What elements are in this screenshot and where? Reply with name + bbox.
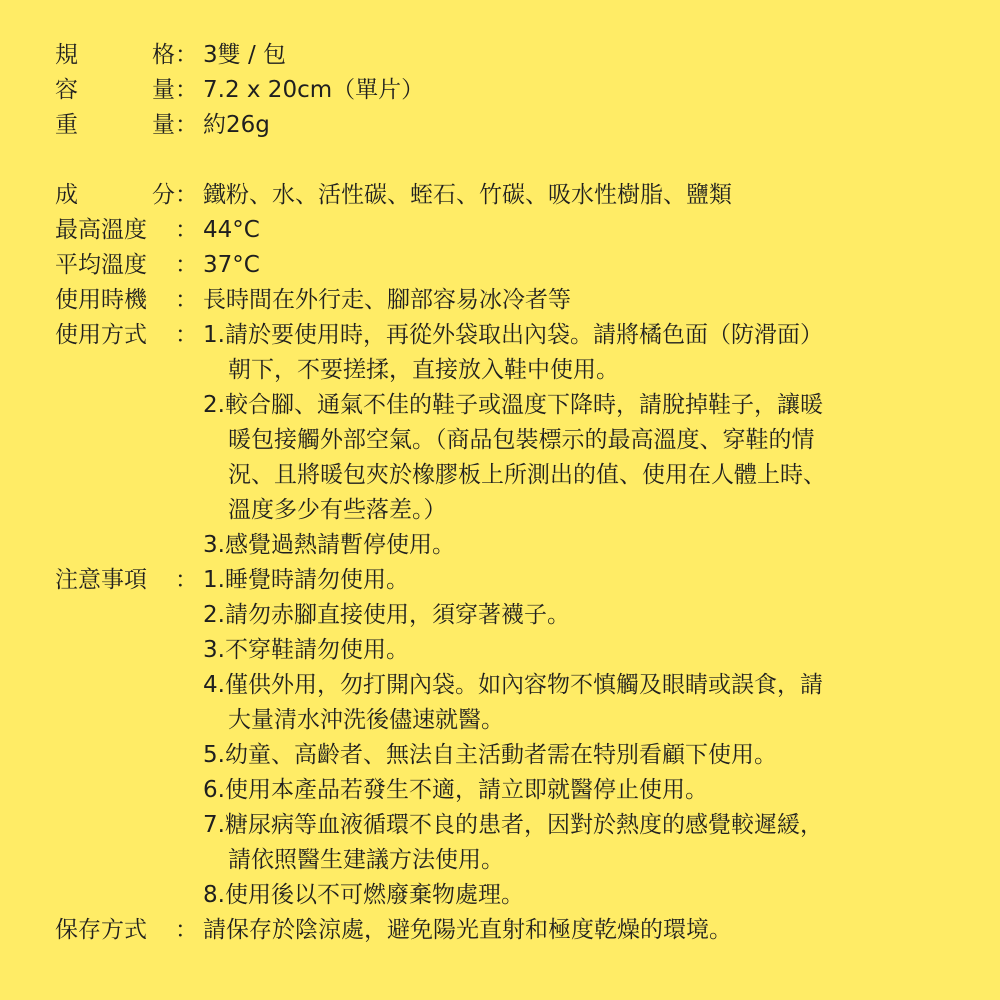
colon: ：	[175, 108, 203, 143]
label-text: 最高溫度	[55, 213, 147, 248]
item-text: 使用本產品若發生不適，請立即就醫停止使用。	[225, 777, 708, 803]
colon: ：	[175, 283, 203, 318]
colon: ：	[175, 913, 203, 948]
list-item-line: 5.幼童、高齡者、無法自主活動者需在特別看顧下使用。	[203, 738, 963, 773]
storage-label: 保存方式	[55, 913, 175, 948]
label-last-char: 格	[152, 38, 175, 73]
list-item-line: 1.請於要使用時，再從外袋取出內袋。請將橘色面（防滑面）	[203, 318, 963, 353]
label-text: 注意事項	[55, 563, 147, 598]
spec-value: 3雙 / 包	[203, 38, 963, 73]
spec-row-size: 規 格 ： 3雙 / 包	[0, 38, 1000, 73]
ingredients-label: 成 分	[55, 178, 175, 213]
colon: ：	[175, 318, 203, 353]
storage-row: 保存方式 ： 請保存於陰涼處，避免陽光直射和極度乾燥的環境。	[0, 913, 1000, 948]
precautions-list: 1.睡覺時請勿使用。 2.請勿赤腳直接使用，須穿著襪子。 3.不穿鞋請勿使用。 …	[203, 563, 963, 913]
list-item-line: 2.較合腳、通氣不佳的鞋子或溫度下降時，請脫掉鞋子，讓暖	[203, 388, 963, 423]
storage-value: 請保存於陰涼處，避免陽光直射和極度乾燥的環境。	[203, 913, 963, 948]
item-number: 4.	[203, 668, 225, 703]
label-last-char: 量	[152, 108, 175, 143]
usage-method-row: 使用方式 ： 1.請於要使用時，再從外袋取出內袋。請將橘色面（防滑面） 朝下，不…	[0, 318, 1000, 563]
ingredients-row: 成 分 ： 鐵粉、水、活性碳、蛭石、竹碳、吸水性樹脂、鹽類	[0, 178, 1000, 213]
colon: ：	[175, 213, 203, 248]
list-item: 4.僅供外用，勿打開內袋。如內容物不慎觸及眼睛或誤食，請 大量清水沖洗後儘速就醫…	[203, 668, 963, 738]
label-text: 使用時機	[55, 283, 147, 318]
list-item-line: 2.請勿赤腳直接使用，須穿著襪子。	[203, 598, 963, 633]
item-text: 糖尿病等血液循環不良的患者，因對於熱度的感覺較遲緩，	[225, 812, 823, 838]
list-item-line: 1.睡覺時請勿使用。	[203, 563, 963, 598]
usage-method-list: 1.請於要使用時，再從外袋取出內袋。請將橘色面（防滑面） 朝下，不要搓揉，直接放…	[203, 318, 963, 563]
spec-value: 7.2 x 20cm（單片）	[203, 73, 963, 108]
colon: ：	[175, 248, 203, 283]
label-first-char: 容	[55, 73, 78, 108]
max-temp-label: 最高溫度	[55, 213, 175, 248]
max-temp-row: 最高溫度 ： 44°C	[0, 213, 1000, 248]
list-item: 1.睡覺時請勿使用。	[203, 563, 963, 598]
item-text: 幼童、高齡者、無法自主活動者需在特別看顧下使用。	[225, 742, 777, 768]
avg-temp-value: 37°C	[203, 248, 963, 283]
item-text: 使用後以不可燃廢棄物處理。	[225, 882, 524, 908]
usage-timing-label: 使用時機	[55, 283, 175, 318]
spec-row-weight: 重 量 ： 約26g	[0, 108, 1000, 143]
item-number: 6.	[203, 773, 225, 808]
label-text: 平均溫度	[55, 248, 147, 283]
label-text: 使用方式	[55, 318, 147, 353]
item-number: 5.	[203, 738, 225, 773]
colon: ：	[175, 73, 203, 108]
item-continuation: 況、且將暖包夾於橡膠板上所測出的值、使用在人體上時、	[203, 458, 963, 493]
list-item: 2.請勿赤腳直接使用，須穿著襪子。	[203, 598, 963, 633]
list-item: 6.使用本產品若發生不適，請立即就醫停止使用。	[203, 773, 963, 808]
usage-method-label: 使用方式	[55, 318, 175, 353]
usage-timing-row: 使用時機 ： 長時間在外行走、腳部容易冰冷者等	[0, 283, 1000, 318]
avg-temp-row: 平均溫度 ： 37°C	[0, 248, 1000, 283]
item-number: 8.	[203, 878, 225, 913]
item-continuation: 請依照醫生建議方法使用。	[203, 843, 963, 878]
colon: ：	[175, 178, 203, 213]
item-number: 1.	[203, 318, 225, 353]
label-first-char: 規	[55, 38, 78, 73]
max-temp-value: 44°C	[203, 213, 963, 248]
item-text: 僅供外用，勿打開內袋。如內容物不慎觸及眼睛或誤食，請	[225, 672, 823, 698]
precautions-row: 注意事項 ： 1.睡覺時請勿使用。 2.請勿赤腳直接使用，須穿著襪子。 3.不穿…	[0, 563, 1000, 913]
spec-label: 重 量	[55, 108, 175, 143]
item-text: 請勿赤腳直接使用，須穿著襪子。	[225, 602, 570, 628]
item-text: 睡覺時請勿使用。	[225, 567, 409, 593]
label-first-char: 重	[55, 108, 78, 143]
list-item: 3.感覺過熱請暫停使用。	[203, 528, 963, 563]
list-item: 5.幼童、高齡者、無法自主活動者需在特別看顧下使用。	[203, 738, 963, 773]
colon: ：	[175, 38, 203, 73]
avg-temp-label: 平均溫度	[55, 248, 175, 283]
label-last-char: 量	[152, 73, 175, 108]
list-item: 2.較合腳、通氣不佳的鞋子或溫度下降時，請脫掉鞋子，讓暖 暖包接觸外部空氣。（商…	[203, 388, 963, 528]
item-text: 請於要使用時，再從外袋取出內袋。請將橘色面（防滑面）	[225, 322, 823, 348]
item-number: 3.	[203, 528, 225, 563]
list-item: 1.請於要使用時，再從外袋取出內袋。請將橘色面（防滑面） 朝下，不要搓揉，直接放…	[203, 318, 963, 388]
label-last-char: 分	[152, 178, 175, 213]
list-item: 3.不穿鞋請勿使用。	[203, 633, 963, 668]
list-item-line: 7.糖尿病等血液循環不良的患者，因對於熱度的感覺較遲緩，	[203, 808, 963, 843]
list-item-line: 3.不穿鞋請勿使用。	[203, 633, 963, 668]
item-number: 7.	[203, 808, 225, 843]
usage-timing-value: 長時間在外行走、腳部容易冰冷者等	[203, 283, 963, 318]
spec-row-capacity: 容 量 ： 7.2 x 20cm（單片）	[0, 73, 1000, 108]
colon: ：	[175, 563, 203, 598]
spec-label: 規 格	[55, 38, 175, 73]
ingredients-value: 鐵粉、水、活性碳、蛭石、竹碳、吸水性樹脂、鹽類	[203, 178, 963, 213]
item-number: 3.	[203, 633, 225, 668]
item-number: 2.	[203, 598, 225, 633]
item-number: 2.	[203, 388, 225, 423]
product-spec-sheet: 規 格 ： 3雙 / 包 容 量 ： 7.2 x 20cm（單片） 重 量 ： …	[0, 38, 1000, 948]
item-text: 感覺過熱請暫停使用。	[225, 532, 455, 558]
precautions-label: 注意事項	[55, 563, 175, 598]
item-number: 1.	[203, 563, 225, 598]
item-continuation: 大量清水沖洗後儘速就醫。	[203, 703, 963, 738]
item-text: 不穿鞋請勿使用。	[225, 637, 409, 663]
spec-label: 容 量	[55, 73, 175, 108]
list-item-line: 8.使用後以不可燃廢棄物處理。	[203, 878, 963, 913]
label-text: 保存方式	[55, 913, 147, 948]
list-item-line: 6.使用本產品若發生不適，請立即就醫停止使用。	[203, 773, 963, 808]
list-item-line: 4.僅供外用，勿打開內袋。如內容物不慎觸及眼睛或誤食，請	[203, 668, 963, 703]
item-continuation: 溫度多少有些落差。）	[203, 493, 963, 528]
item-continuation: 暖包接觸外部空氣。（商品包裝標示的最高溫度、穿鞋的情	[203, 423, 963, 458]
label-first-char: 成	[55, 178, 78, 213]
item-continuation: 朝下，不要搓揉，直接放入鞋中使用。	[203, 353, 963, 388]
spec-value: 約26g	[203, 108, 963, 143]
item-text: 較合腳、通氣不佳的鞋子或溫度下降時，請脫掉鞋子，讓暖	[225, 392, 823, 418]
list-item: 8.使用後以不可燃廢棄物處理。	[203, 878, 963, 913]
list-item: 7.糖尿病等血液循環不良的患者，因對於熱度的感覺較遲緩， 請依照醫生建議方法使用…	[203, 808, 963, 878]
list-item-line: 3.感覺過熱請暫停使用。	[203, 528, 963, 563]
